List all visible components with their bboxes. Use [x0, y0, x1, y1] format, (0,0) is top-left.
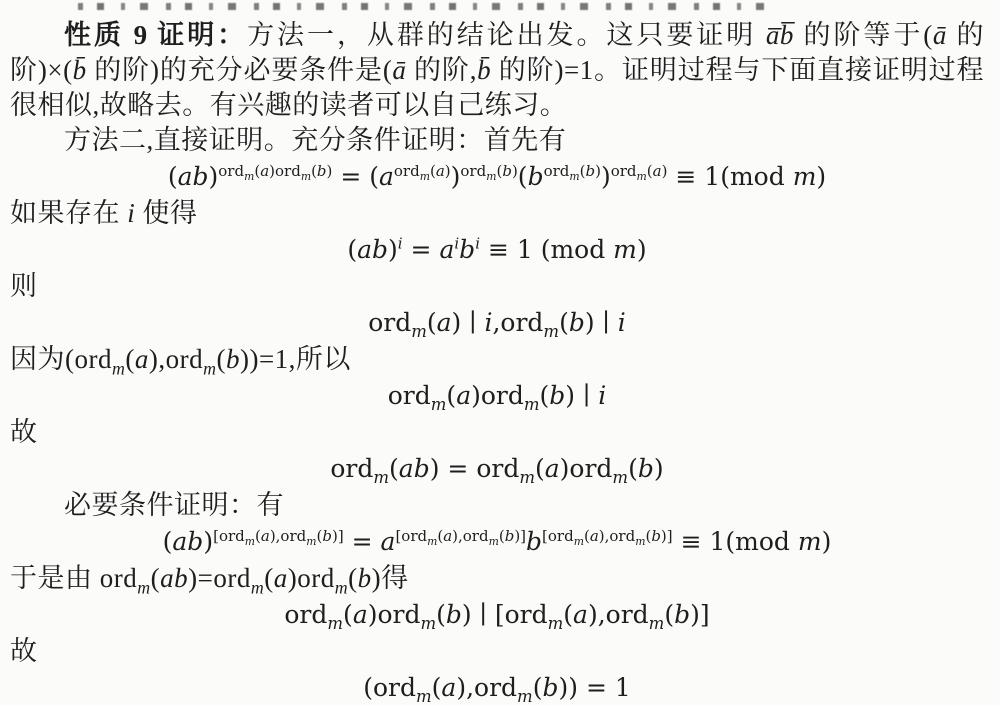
formula-lcm-power: (ab)[ordm(a),ordm(b)] = a[ordm(a),ordm(b… [10, 522, 984, 561]
line-then: 则 [10, 269, 984, 303]
line-necessary-condition: 必要条件证明：有 [10, 488, 984, 522]
formula-sufficient-power: (ab)ordm(a)ordm(b) = (aordm(a))ordm(b)(b… [10, 157, 984, 196]
line-hence-2: 故 [10, 634, 984, 668]
line-hence-1: 故 [10, 415, 984, 449]
line-if-exists: 如果存在 i 使得 [10, 196, 984, 230]
line-therefore: 于是由 ordm(ab)=ordm(a)ordm(b)得 [10, 561, 984, 595]
formula-ab-power-i: (ab)i = aibi ≡ 1 (mod m) [10, 230, 984, 269]
formula-product-divides-lcm: ordm(a)ordm(b) ∣ [ordm(a),ordm(b)] [10, 595, 984, 634]
formula-ord-ab-equals-product: ordm(ab) = ordm(a)ordm(b) [10, 449, 984, 488]
scanned-textbook-page: 性质 9 证明：方法一，从群的结论出发。这只要证明 a̅b̅ 的阶等于(ā 的… [0, 3, 1000, 705]
method-two-line: 方法二,直接证明。充分条件证明：首先有 [10, 123, 984, 157]
property-9-proof-label: 性质 9 证明： [64, 20, 247, 50]
clipped-text-remnant [78, 3, 773, 10]
formula-gcd-equals-1: (ordm(a),ordm(b)) = 1 [10, 668, 984, 705]
line-because-coprime: 因为(ordm(a),ordm(b))=1,所以 [10, 342, 984, 376]
proof-intro-paragraph: 性质 9 证明：方法一，从群的结论出发。这只要证明 a̅b̅ 的阶等于(ā 的… [10, 18, 984, 123]
formula-product-divides-i: ordm(a)ordm(b) ∣ i [10, 376, 984, 415]
formula-ord-divides-i: ordm(a) ∣ i,ordm(b) ∣ i [10, 303, 984, 342]
